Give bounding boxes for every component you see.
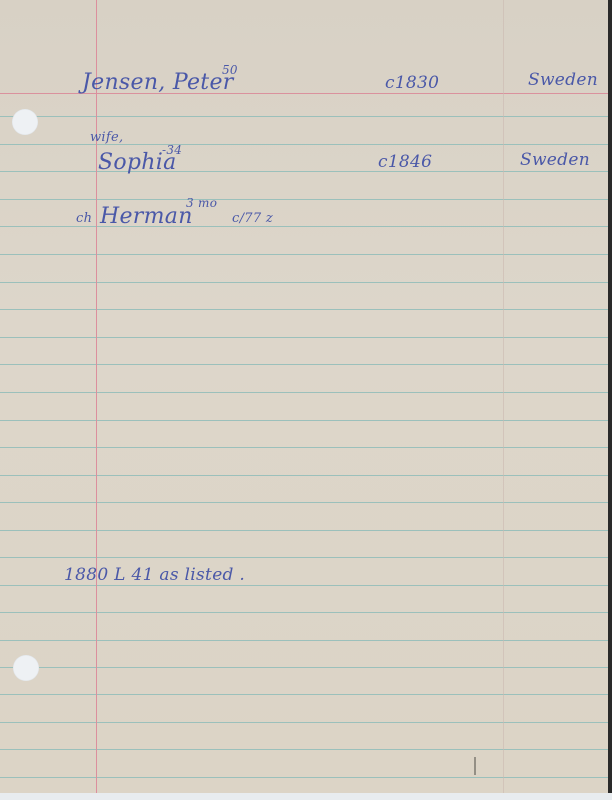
blue-rule	[0, 585, 608, 586]
head-birth-year: c1830	[385, 73, 439, 93]
blue-rule	[0, 612, 608, 613]
wife-birthplace: Sweden	[520, 150, 590, 170]
blue-rule	[0, 337, 608, 338]
scan-bottom-edge	[0, 793, 612, 800]
blue-rule	[0, 557, 608, 558]
blue-rule	[0, 447, 608, 448]
child-age: 3 mo	[186, 196, 217, 210]
notebook-page: Jensen, Peter 50 c1830 Sweden wife, Soph…	[0, 0, 608, 793]
faint-fold-line	[503, 0, 504, 793]
head-age: 50	[222, 63, 238, 77]
census-note: 1880 L 41 as listed .	[64, 565, 245, 585]
child-birth-year: c/77 z	[232, 211, 273, 226]
punch-hole-bottom	[13, 655, 39, 681]
child-name: Herman	[100, 204, 193, 229]
red-margin-line	[96, 0, 97, 793]
blue-rule	[0, 667, 608, 668]
blue-rule	[0, 199, 608, 200]
blue-rule	[0, 392, 608, 393]
blue-rule	[0, 254, 608, 255]
blue-rule	[0, 171, 608, 172]
wife-birth-year: c1846	[378, 152, 432, 172]
blue-rule	[0, 364, 608, 365]
blue-rule	[0, 282, 608, 283]
child-prefix: ch	[76, 211, 92, 226]
punch-hole-top	[12, 109, 38, 135]
blue-rule	[0, 502, 608, 503]
scan-right-edge	[608, 0, 612, 800]
blue-rule	[0, 640, 608, 641]
head-name: Jensen, Peter	[82, 70, 234, 95]
wife-label: wife,	[90, 130, 123, 145]
blue-rule	[0, 722, 608, 723]
wife-age: -34	[162, 143, 182, 157]
blue-rule	[0, 420, 608, 421]
blue-rule	[0, 777, 608, 778]
stray-pencil-mark	[474, 757, 476, 775]
blue-rule	[0, 226, 608, 227]
blue-rule	[0, 530, 608, 531]
blue-rule	[0, 116, 608, 117]
blue-rule	[0, 309, 608, 310]
head-birthplace: Sweden	[528, 70, 598, 90]
blue-rule	[0, 749, 608, 750]
blue-rule	[0, 475, 608, 476]
blue-rule	[0, 694, 608, 695]
